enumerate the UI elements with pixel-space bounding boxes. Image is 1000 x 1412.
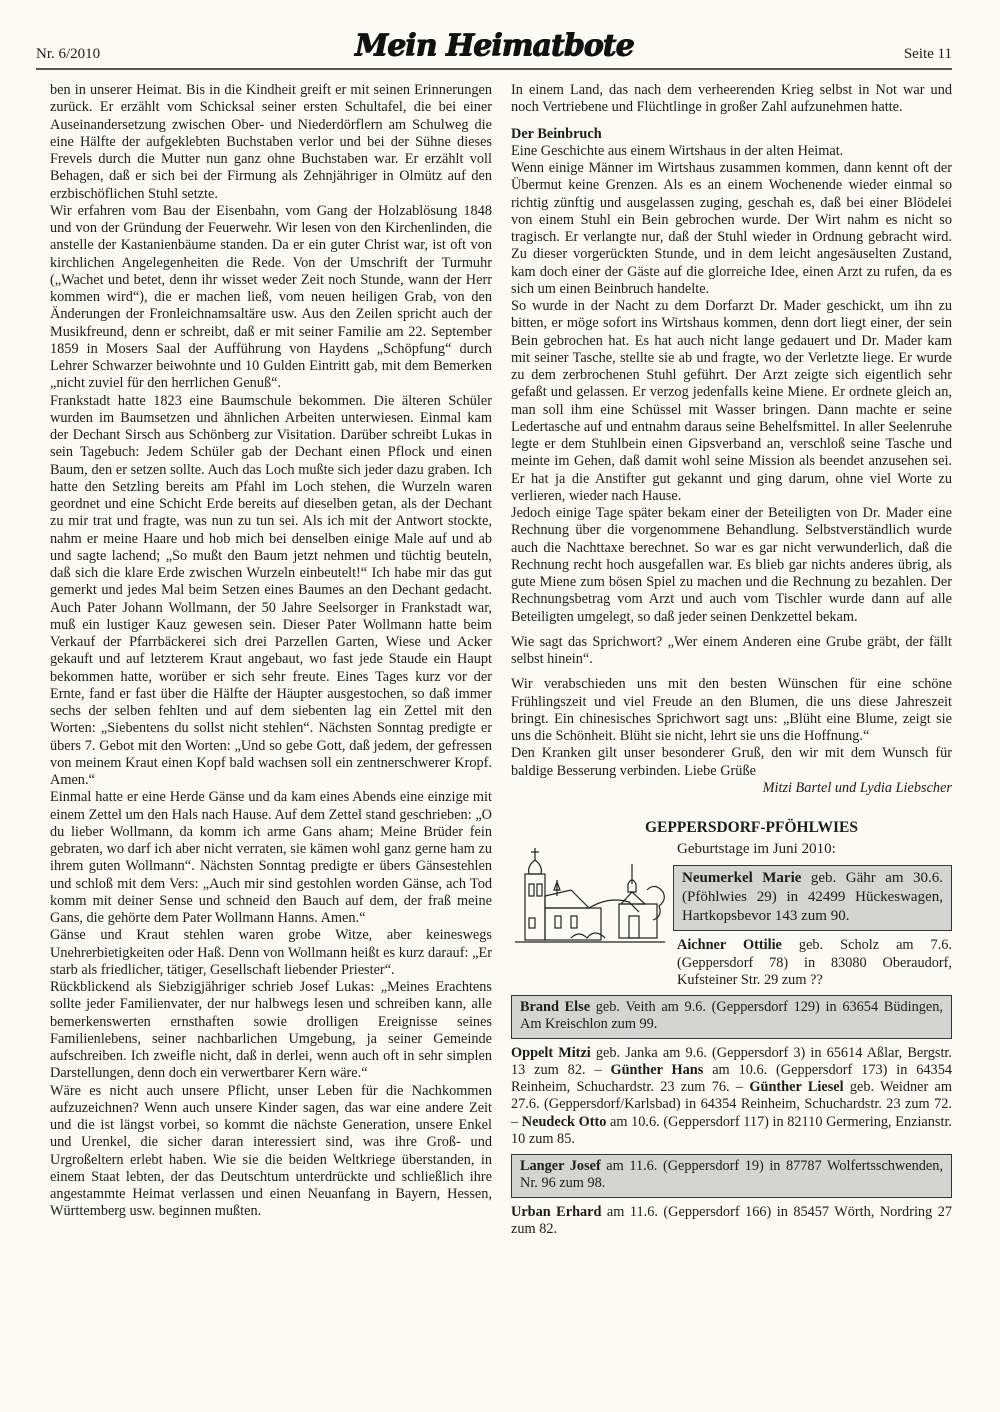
paragraph: Wir erfahren vom Bau der Eisenbahn, vom … (50, 203, 492, 393)
paragraph: Frankstadt hatte 1823 eine Baumschule be… (50, 393, 492, 790)
page-number: Seite 11 (904, 46, 952, 63)
birthday-entry: Oppelt Mitzi geb. Janka am 9.6. (Geppers… (511, 1045, 952, 1149)
birthday-entry-boxed: Brand Else geb. Veith am 9.6. (Geppersdo… (511, 995, 952, 1039)
masthead-logo: Mein Heimatbote (355, 28, 634, 63)
paragraph: Rückblickend als Siebzigjähriger schrieb… (50, 979, 492, 1083)
paragraph: Einmal hatte er eine Herde Gänse und da … (50, 789, 492, 927)
right-column: In einem Land, das nach dem verheerenden… (511, 82, 952, 1238)
person-name: Oppelt Mitzi (511, 1045, 591, 1061)
person-name: Günther Liesel (749, 1079, 843, 1095)
issue-number: Nr. 6/2010 (36, 46, 100, 63)
paragraph: In einem Land, das nach dem verheerenden… (511, 82, 952, 117)
person-name: Brand Else (520, 999, 590, 1015)
paragraph: Gänse und Kraut stehlen waren grobe Witz… (50, 927, 492, 979)
farewell: Wir verabschieden uns mit den besten Wün… (511, 676, 952, 745)
paragraph: Wenn einige Männer im Wirtshaus zusammen… (511, 160, 952, 298)
birthday-entry: Aichner Ottilie geb. Scholz am 7.6. (Gep… (677, 937, 952, 989)
paragraph: Eine Geschichte aus einem Wirtshaus in d… (511, 143, 952, 160)
birthday-entry-boxed: Langer Josef am 11.6. (Geppersdorf 19) i… (511, 1154, 952, 1198)
birthdays-block: Geburtstage im Juni 2010: Neumerkel Mari… (511, 840, 952, 989)
person-name: Langer Josef (520, 1158, 601, 1174)
person-name: Günther Hans (610, 1062, 703, 1078)
person-name: Neumerkel Marie (682, 870, 801, 886)
greeting: Den Kranken gilt unser besonderer Gruß, … (511, 745, 952, 780)
paragraph: Jedoch einige Tage später bekam einer de… (511, 505, 952, 626)
person-name: Urban Erhard (511, 1204, 601, 1220)
birthday-entry-boxed: Neumerkel Marie geb. Gähr am 30.6. (Pföh… (673, 865, 952, 931)
page-header: Nr. 6/2010 Mein Heimatbote Seite 11 (36, 30, 952, 70)
birthday-entry: Urban Erhard am 11.6. (Geppersdorf 166) … (511, 1204, 952, 1239)
story-title: Der Beinbruch (511, 126, 952, 143)
left-column: ben in unserer Heimat. Bis in die Kindhe… (50, 82, 492, 1221)
church-illustration-icon (511, 846, 669, 946)
birthdays-section-title: GEPPERSDORF-PFÖHLWIES (511, 819, 952, 836)
birthdays-intro: Geburtstage im Juni 2010: (677, 840, 952, 859)
signature: Mitzi Bartel und Lydia Liebscher (511, 780, 952, 797)
person-name: Aichner Ottilie (677, 937, 782, 953)
proverb: Wie sagt das Sprichwort? „Wer einem Ande… (511, 634, 952, 669)
paragraph: ben in unserer Heimat. Bis in die Kindhe… (50, 82, 492, 203)
person-name: Neudeck Otto (522, 1114, 607, 1130)
paragraph: So wurde in der Nacht zu dem Dorfarzt Dr… (511, 298, 952, 505)
paragraph: Wäre es nicht auch unsere Pflicht, unser… (50, 1083, 492, 1221)
